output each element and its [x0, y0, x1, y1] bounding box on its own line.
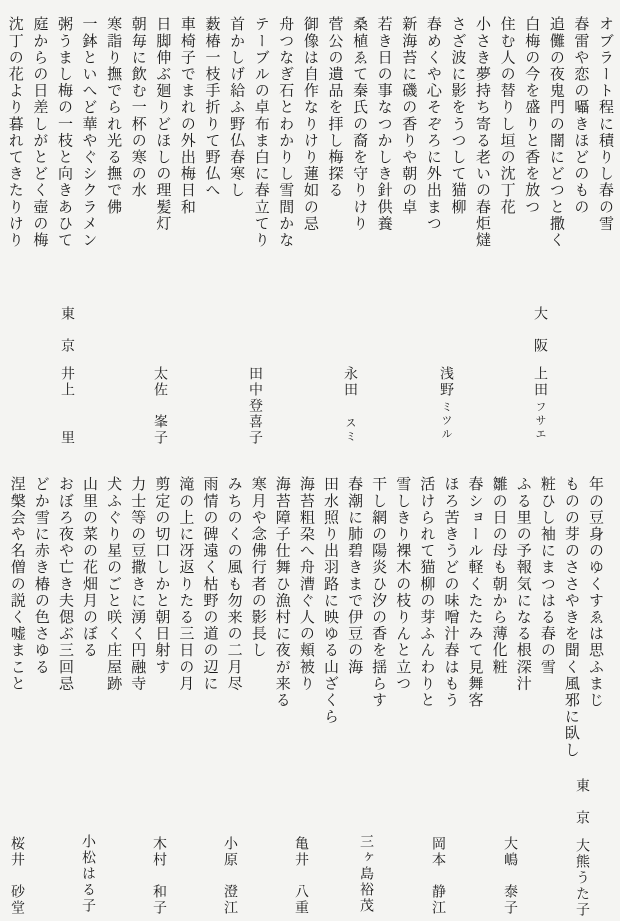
poem-column: 桑植ゑて秦氏の裔を守りけり [347, 16, 372, 336]
author-name: 大 阪上田フサエ [532, 306, 548, 442]
poem-column: 剪定の切口しかと朝日射す [150, 476, 174, 778]
poem-column: 住む人の替りし垣の沈丁花 [495, 16, 520, 336]
author-name-text: 岡本 静江 [430, 836, 446, 916]
author-kana-text: フサエ [532, 401, 548, 442]
author-kana-text: ミツル [438, 401, 454, 442]
poem-column: みちのくの風も勿来の二月尽 [223, 476, 247, 778]
poem-column: 首かしげ給ふ野仏春寒し [225, 16, 250, 336]
poem-column: ものの芽のささやきを聞く風邪に臥し [560, 476, 584, 778]
poem-column: 菅公の遺品を拝し梅探る [323, 16, 348, 336]
author-name: 桜井 砂堂 [9, 836, 25, 916]
poem-column: 春雷や恋の囁きほどのもの [569, 16, 594, 336]
poem-column: 追儺の夜鬼門の闇にどつと撒く [544, 16, 569, 336]
poem-column: 雪しきり裸木の枝りんと立つ [391, 476, 415, 778]
author-name: 小原 澄江 [222, 836, 238, 916]
poem-column: 粥うまし梅の一枝と向きあひて [52, 16, 77, 336]
poem-column: 年の豆身のゆくすゑは思ふまじ [584, 476, 608, 778]
poem-column: 田水照り出羽路に映ゆる山ざくら [319, 476, 343, 778]
poem-column: 粧ひし袖にまつはる春の雪 [536, 476, 560, 778]
poem-column: 御像は自作なりけり蓮如の忌 [298, 16, 323, 336]
poem-column: ほろ苦きうどの味噌汁春はもう [439, 476, 463, 778]
poem-column: 雨情の碑遠く枯野の道の辺に [198, 476, 222, 778]
author-name: 岡本 静江 [430, 836, 446, 916]
poem-column: 雛の日の母も朝から薄化粧 [488, 476, 512, 778]
author-name-text: 永田 [342, 366, 358, 414]
poem-column: 庭からの日差しがとどく壺の梅 [28, 16, 53, 336]
poem-column: 滝の上に冴返りたる三日の月 [174, 476, 198, 778]
author-name: 木村 和子 [151, 836, 167, 916]
poem-column: 春ショール軽くたたみて見舞客 [463, 476, 487, 778]
author-name-text: 三ヶ島裕茂 [358, 834, 374, 914]
poem-column: さざ波に影をうつして猫柳 [446, 16, 471, 336]
place-label: 東 京 [574, 778, 590, 826]
poem-column: 寒月や念佛行者の影長し [247, 476, 271, 778]
author-name-text: 太佐 峯子 [152, 366, 168, 446]
scanned-page: オブラート程に積りし春の雪 春雷や恋の囁きほどのもの 追儺の夜鬼門の闇にどつと撒… [0, 0, 620, 921]
author-name-text: 大熊うた子 [574, 838, 590, 918]
poem-column: 干し網の陽炎ひ汐の香を揺らす [367, 476, 391, 778]
author-name-text: 桜井 砂堂 [9, 836, 25, 916]
poem-column: 海苔粗朶へ舟漕ぐ人の頬被り [295, 476, 319, 778]
poem-column: ふる里の予報気になる根深汁 [512, 476, 536, 778]
poem-column: 涅槃会や名僧の説く嘘まこと [6, 476, 30, 778]
poem-column: どか雪に赤き椿の色さゆる [30, 476, 54, 778]
author-name: 小松はる子 [80, 834, 96, 914]
author-name: 東 京大熊うた子 [574, 778, 590, 918]
author-name-text: 小原 澄江 [222, 836, 238, 916]
author-name: 亀井 八重 [293, 836, 309, 916]
poem-column: オブラート程に積りし春の雪 [593, 16, 618, 336]
poem-column: テーブルの卓布ま白に春立てり [249, 16, 274, 336]
poem-column: 若き日の事なつかしき針供養 [372, 16, 397, 336]
poem-column: 朝毎に飲む一杯の寒の水 [126, 16, 151, 336]
author-name-text: 亀井 八重 [293, 836, 309, 916]
poem-column: 犬ふぐり星のごと咲く庄屋跡 [102, 476, 126, 778]
poem-column: 車椅子でまれの外出梅日和 [175, 16, 200, 336]
author-name: 浅野ミツル [438, 366, 454, 442]
poem-column: 沈丁の花より暮れてきたりけり [3, 16, 28, 336]
poem-column: 山里の菜の花畑月のぼる [78, 476, 102, 778]
poem-column: 白梅の今を盛りと香を放つ [520, 16, 545, 336]
author-name-text: 木村 和子 [151, 836, 167, 916]
poem-column: 日脚伸ぶ廻りどほしの理髪灯 [151, 16, 176, 336]
author-name-text: 田中登喜子 [247, 366, 263, 446]
poem-column: 小さき夢持ち寄る老いの春炬燵 [470, 16, 495, 336]
poem-column: 力士等の豆撒きに湧く円融寺 [126, 476, 150, 778]
author-name-text: 上田 [532, 366, 548, 398]
author-name: 田中登喜子 [247, 366, 263, 446]
poem-column: 活けられて猫柳の芽ふんわりと [415, 476, 439, 778]
poem-column: 舟つなぎ石とわかりし雪間かな [274, 16, 299, 336]
poem-block-bottom: 年の豆身のゆくすゑは思ふまじ ものの芽のささやきを聞く風邪に臥し 粧ひし袖にまつ… [6, 476, 608, 778]
author-name: 大嶋 泰子 [502, 836, 518, 916]
poem-column: 春潮に肺碧きまで伊豆の海 [343, 476, 367, 778]
author-name-text: 浅野 [438, 366, 454, 398]
author-kana-text: スミ [342, 417, 358, 444]
poem-column: 一鉢といへど華やぐシクラメン [77, 16, 102, 336]
author-name-text: 井上 里 [59, 366, 75, 446]
place-label: 大 阪 [532, 306, 548, 354]
author-name-text: 大嶋 泰子 [502, 836, 518, 916]
poem-column: 薮椿一枝手折りて野仏へ [200, 16, 225, 336]
poem-column: 新海苔に磯の香りや朝の卓 [397, 16, 422, 336]
author-name: 東 京井上 里 [59, 306, 75, 446]
author-name: 太佐 峯子 [152, 366, 168, 446]
poem-column: 寒詣り撫でられ光る撫で佛 [102, 16, 127, 336]
poem-column: おぼろ夜や亡き夫偲ぶ三回忌 [54, 476, 78, 778]
author-name: 三ヶ島裕茂 [358, 834, 374, 914]
poem-column: 海苔障子仕舞ひ漁村に夜が来る [271, 476, 295, 778]
poem-block-top: オブラート程に積りし春の雪 春雷や恋の囁きほどのもの 追儺の夜鬼門の闇にどつと撒… [3, 16, 618, 336]
poem-column: 春めくや心そぞろに外出まつ [421, 16, 446, 336]
author-name-text: 小松はる子 [80, 834, 96, 914]
author-name: 永田 スミ [342, 366, 358, 444]
place-label: 東 京 [59, 306, 75, 354]
